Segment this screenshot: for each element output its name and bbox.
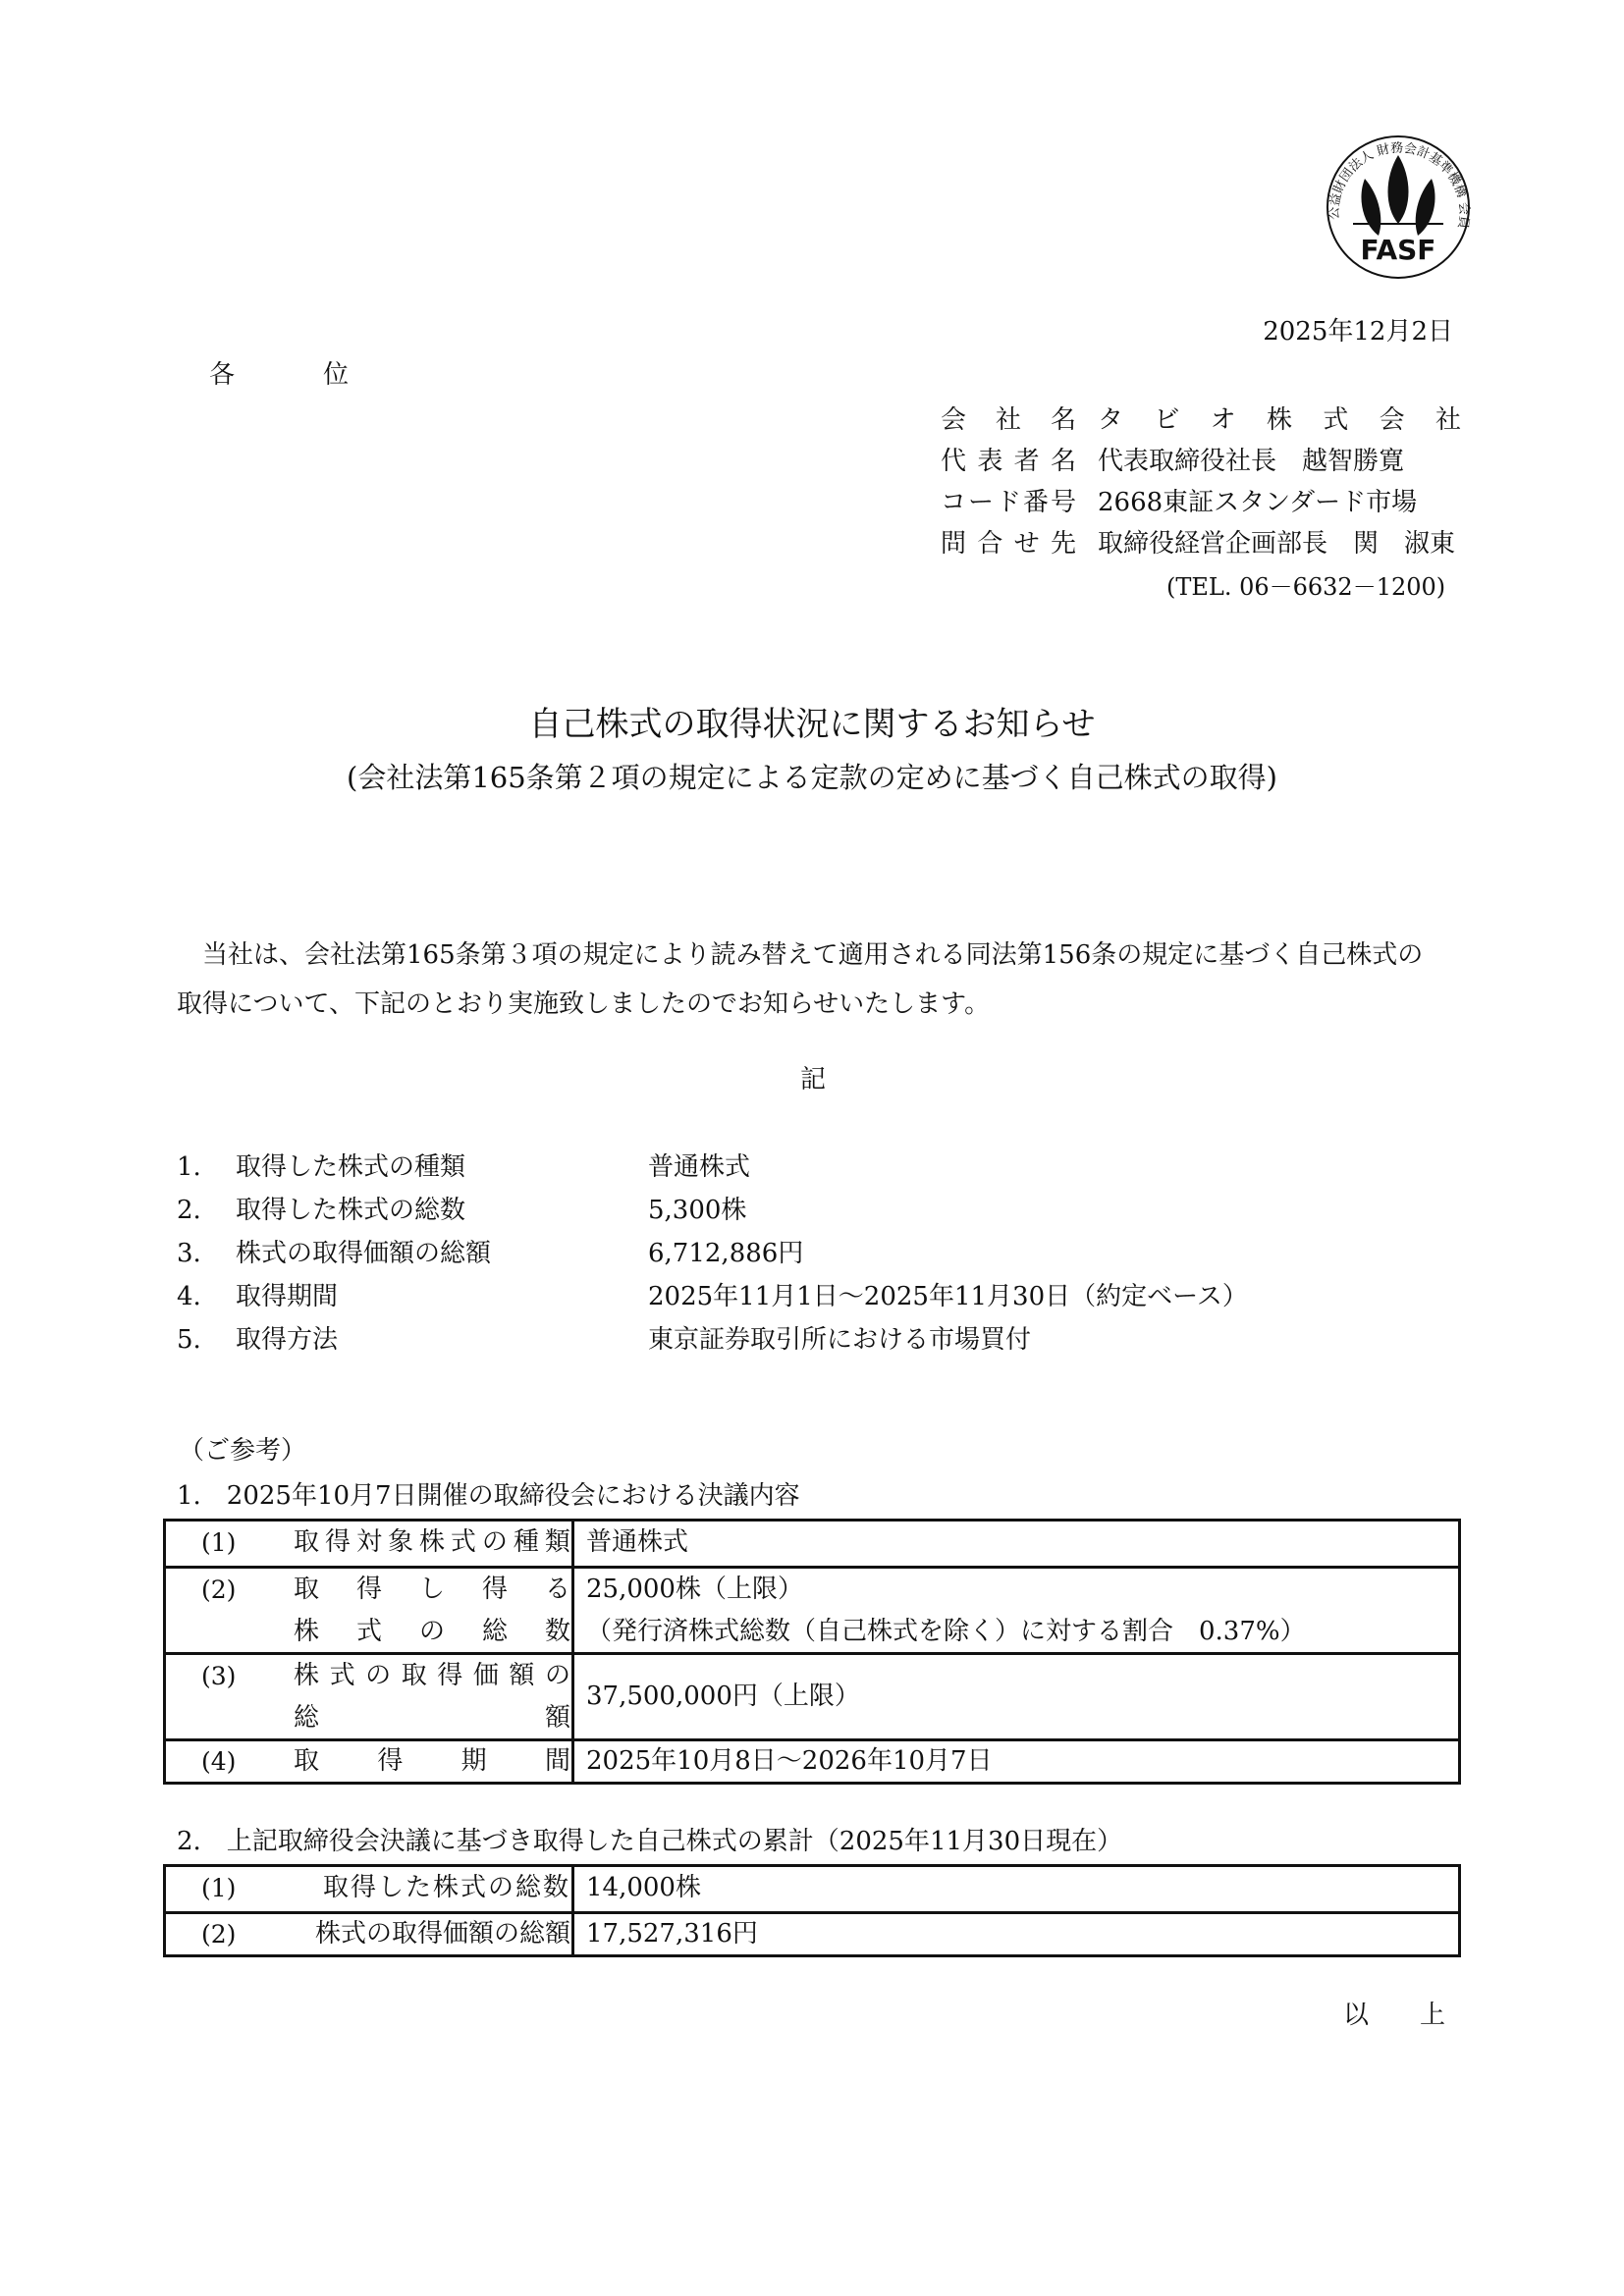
label-char: ド: [996, 484, 1021, 521]
item-number: 5.: [177, 1320, 201, 1360]
list-item: 4. 取得期間 2025年11月1日～2025年11月30日（約定ベース）: [177, 1277, 1453, 1316]
label-char: 名: [1051, 401, 1076, 439]
logo-mark-text: FASF: [1361, 234, 1436, 266]
label-char: 対: [356, 1522, 382, 1564]
value-char: 式: [1323, 401, 1348, 439]
label-char: 取: [294, 1522, 319, 1564]
representative-row: 代 表 者 名 代表取締役社長 越智勝寛: [941, 443, 1461, 480]
label-char: 総: [482, 1611, 508, 1653]
item-number: 1.: [177, 1148, 201, 1187]
page-subtitle: (会社法第165条第２項の規定による定款の定めに基づく自己株式の取得): [0, 758, 1624, 797]
value-char: 社: [1435, 401, 1461, 439]
label-char: 間: [545, 1740, 570, 1783]
value-line: 25,000株（上限）: [586, 1569, 1306, 1611]
cumulative-table: (1) 取得した株式の総数 14,000株 (2) 株式の取得価額の総額 17,…: [163, 1864, 1461, 1957]
label-char: 額: [509, 1655, 534, 1697]
column-divider: [571, 1914, 574, 1954]
code-row: コ ー ド 番 号 2668東証スタンダード市場: [941, 484, 1461, 521]
item-value: 普通株式: [648, 1148, 750, 1187]
section1-title: 1. 2025年10月7日開催の取締役会における決議内容: [177, 1481, 800, 1511]
closing-char: 以: [1343, 2001, 1369, 2030]
fasf-logo: 公益財団法人 財務会計基準機構 会員 FASF: [1314, 133, 1483, 281]
row-label: 取得した株式の総数: [294, 1867, 570, 1909]
label-char: 式: [330, 1655, 355, 1697]
row-number: (1): [201, 1522, 236, 1564]
list-item: 2. 取得した株式の総数 5,300株: [177, 1191, 1453, 1230]
row-value: 17,527,316円: [586, 1914, 758, 1954]
list-item: 3. 株式の取得価額の総額 6,712,886円: [177, 1234, 1453, 1273]
row-value: 2025年10月8日～2026年10月7日: [586, 1741, 993, 1782]
label-char: 象: [388, 1522, 413, 1564]
label-char: 先: [1051, 525, 1076, 562]
closing-char: 上: [1420, 2001, 1445, 2030]
label-char: 得: [437, 1655, 462, 1697]
label-char: 代: [941, 443, 966, 480]
label-char: 番: [1023, 484, 1049, 521]
row-number: (4): [201, 1741, 236, 1782]
row-label: 取 得 し 得 る 株 式 の 総 数: [294, 1569, 570, 1653]
label-char: 問: [941, 525, 966, 562]
label-char: 者: [1014, 443, 1040, 480]
value-char: 株: [1267, 401, 1292, 439]
row-number: (3): [201, 1655, 236, 1697]
intro-line-1: 当社は、会社法第165条第３項の規定により読み替えて適用される同法第156条の規…: [177, 931, 1463, 980]
code-value: 2668東証スタンダード市場: [1098, 484, 1461, 521]
label-char: 得: [325, 1522, 351, 1564]
label-char: の: [482, 1522, 508, 1564]
resolution-table: (1) 取 得 対 象 株 式 の 種 類 普通株式 (2) 取 得 し 得: [163, 1519, 1461, 1785]
intro-line-2: 取得について、下記のとおり実施致しましたのでお知らせいたします。: [177, 980, 1463, 1029]
label-char: 社: [996, 401, 1021, 439]
label-char: 株: [419, 1522, 445, 1564]
row-value: 37,500,000円（上限）: [586, 1655, 860, 1738]
label-char: せ: [1014, 525, 1040, 562]
label-char: 名: [1051, 443, 1076, 480]
row-value: 普通株式: [586, 1522, 688, 1564]
contact-tel: (TEL. 06－6632－1200): [1166, 572, 1445, 602]
item-number: 2.: [177, 1191, 201, 1230]
contact-row: 問 合 せ 先 取締役経営企画部長 関 淑東: [941, 525, 1461, 562]
column-divider: [571, 1522, 574, 1566]
label-char: 式: [356, 1611, 382, 1653]
item-label: 取得方法: [236, 1320, 338, 1360]
item-value: 東京証券取引所における市場買付: [648, 1320, 1031, 1360]
value-char: 会: [1380, 401, 1405, 439]
value-char: オ: [1211, 401, 1236, 439]
section2-title: 2. 上記取締役会決議に基づき取得した自己株式の累計（2025年11月30日現在…: [177, 1827, 1122, 1856]
label-char: 表: [977, 443, 1002, 480]
row-label: 取 得 対 象 株 式 の 種 類: [294, 1522, 570, 1564]
list-item: 1. 取得した株式の種類 普通株式: [177, 1148, 1453, 1187]
item-label: 取得した株式の総数: [236, 1191, 465, 1230]
row-value: 25,000株（上限） （発行済株式総数（自己株式を除く）に対する割合 0.37…: [586, 1569, 1306, 1653]
row-number: (2): [201, 1569, 236, 1611]
item-label: 株式の取得価額の総額: [236, 1234, 491, 1273]
row-value: 14,000株: [586, 1867, 701, 1909]
label-char: 数: [545, 1611, 570, 1653]
company-name-row: 会 社 名 タ ビ オ 株 式 会 社: [941, 401, 1461, 439]
label-char: 取: [294, 1569, 319, 1611]
label-char: の: [545, 1655, 570, 1697]
label-char: 種: [514, 1522, 539, 1564]
table-row: (1) 取得した株式の総数 14,000株: [166, 1867, 1458, 1911]
item-value: 6,712,886円: [648, 1234, 803, 1273]
label-char: 株: [294, 1611, 319, 1653]
label-char: 得: [356, 1569, 382, 1611]
closing-mark: 以上: [1343, 2001, 1445, 2030]
row-label: 株式の取得価額の総額: [294, 1914, 570, 1954]
label-char: の: [419, 1611, 445, 1653]
reference-heading: （ご参考）: [179, 1436, 306, 1466]
value-char: ビ: [1154, 401, 1179, 439]
table-row: (1) 取 得 対 象 株 式 の 種 類 普通株式: [166, 1522, 1458, 1566]
label-char: し: [419, 1569, 445, 1611]
fasf-emblem-icon: 公益財団法人 財務会計基準機構 会員 FASF: [1314, 133, 1483, 281]
row-number: (1): [201, 1867, 236, 1909]
label-char: 額: [545, 1697, 570, 1739]
label-char: 類: [545, 1522, 570, 1564]
item-label: 取得期間: [236, 1277, 338, 1316]
row-label: 取 得 期 間: [294, 1740, 570, 1783]
label-char: 取: [294, 1740, 319, 1783]
label-char: 合: [977, 525, 1002, 562]
item-label: 取得した株式の種類: [236, 1148, 465, 1187]
item-value: 5,300株: [648, 1191, 746, 1230]
label-char: の: [365, 1655, 391, 1697]
representative-value: 代表取締役社長 越智勝寛: [1098, 443, 1461, 480]
label-char: 号: [1051, 484, 1076, 521]
ki-marker: 記: [800, 1065, 826, 1095]
label-char: 得: [482, 1569, 508, 1611]
label-char: コ: [941, 484, 966, 521]
label-char: 株: [294, 1655, 319, 1697]
list-item: 5. 取得方法 東京証券取引所における市場買付: [177, 1320, 1453, 1360]
label-char: 会: [941, 401, 966, 439]
label-char: る: [545, 1569, 570, 1611]
label-char: 取: [402, 1655, 427, 1697]
value-char: タ: [1098, 401, 1123, 439]
column-divider: [571, 1741, 574, 1782]
company-name-value: タ ビ オ 株 式 会 社: [1098, 401, 1461, 439]
item-number: 4.: [177, 1277, 201, 1316]
label-char: 期: [461, 1740, 487, 1783]
addressee-char: 位: [323, 360, 349, 390]
table-row: (4) 取 得 期 間 2025年10月8日～2026年10月7日: [166, 1738, 1458, 1782]
table-row: (2) 取 得 し 得 る 株 式 の 総 数 25,000株（上限） （発行済…: [166, 1566, 1458, 1652]
item-number: 3.: [177, 1234, 201, 1273]
addressee: 各位: [209, 360, 349, 390]
row-label: 株 式 の 取 得 価 額 の 総 額: [294, 1655, 570, 1739]
column-divider: [571, 1867, 574, 1911]
value-line: （発行済株式総数（自己株式を除く）に対する割合 0.37%）: [586, 1611, 1306, 1653]
table-row: (3) 株 式 の 取 得 価 額 の 総 額 37,500,000円（上限）: [166, 1652, 1458, 1738]
row-number: (2): [201, 1914, 236, 1954]
label-char: 式: [451, 1522, 476, 1564]
page-title: 自己株式の取得状況に関するお知らせ: [0, 703, 1624, 746]
label-char: 価: [473, 1655, 499, 1697]
column-divider: [571, 1655, 574, 1738]
table-row: (2) 株式の取得価額の総額 17,527,316円: [166, 1911, 1458, 1954]
label-char: 総: [294, 1697, 319, 1739]
label-char: 得: [377, 1740, 403, 1783]
contact-value: 取締役経営企画部長 関 淑東: [1098, 525, 1461, 562]
document-date: 2025年12月2日: [1263, 317, 1453, 347]
column-divider: [571, 1569, 574, 1652]
addressee-char: 各: [209, 360, 235, 390]
item-value: 2025年11月1日～2025年11月30日（約定ベース）: [648, 1277, 1248, 1316]
label-char: ー: [968, 484, 994, 521]
